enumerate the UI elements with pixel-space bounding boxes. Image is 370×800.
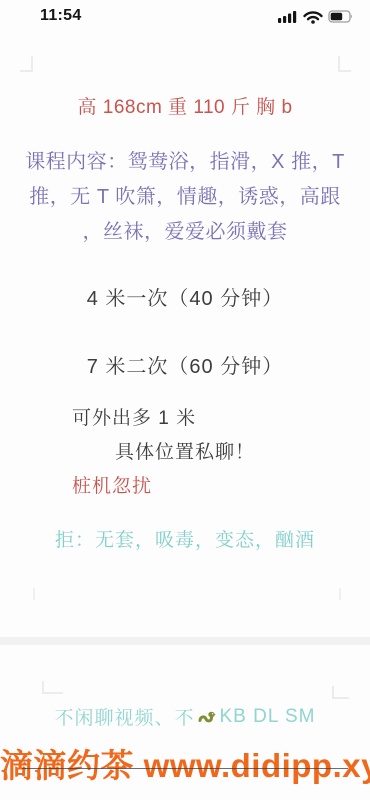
frame-corner-bottom-right bbox=[332, 686, 349, 699]
frame-tick-right bbox=[339, 588, 341, 600]
watermark: 滴滴约茶 www.didipp.xyz bbox=[0, 740, 370, 787]
stats-line: 高 168cm 重 110 斤 胸 b bbox=[0, 92, 370, 119]
price-line-1: 4 米一次（40 分钟） bbox=[0, 282, 370, 311]
status-icons bbox=[278, 9, 354, 24]
course-line-1: 课程内容：鸳鸯浴，指滑，X 推，T bbox=[0, 145, 370, 180]
course-line-3: ，丝袜，爱爱必须戴套 bbox=[0, 215, 370, 250]
frame-corner-bottom-left bbox=[42, 681, 63, 694]
footer-line-prefix: 不闲聊视频、不 bbox=[54, 703, 194, 730]
frame-tick-left bbox=[33, 588, 35, 600]
frame-corner-top-left bbox=[20, 56, 33, 72]
watermark-strike-line bbox=[22, 768, 348, 769]
price-line-2: 7 米二次（60 分钟） bbox=[0, 350, 370, 379]
wifi-icon bbox=[305, 12, 322, 23]
outcall-line: 可外出多 1 米 bbox=[72, 403, 196, 430]
snake-icon bbox=[197, 707, 216, 730]
battery-icon bbox=[329, 11, 352, 22]
refuse-line: 拒：无套，吸毒，变态，酗酒 bbox=[0, 525, 370, 552]
status-bar: 11:54 bbox=[0, 0, 370, 32]
warning-line: 桩机忽扰 bbox=[72, 471, 152, 498]
watermark-brand: 滴滴约茶 bbox=[0, 747, 134, 784]
location-line: 具体位置私聊！ bbox=[0, 437, 370, 464]
footer-line: 不闲聊视频、不 KB DL SM bbox=[0, 703, 370, 730]
footer-line-suffix: KB DL SM bbox=[220, 706, 316, 728]
status-time: 11:54 bbox=[40, 7, 82, 25]
section-divider bbox=[0, 637, 370, 645]
watermark-url: www.didipp.xyz bbox=[144, 747, 370, 784]
phone-screen: 11:54 bbox=[0, 0, 370, 800]
cellular-signal-icon bbox=[278, 11, 296, 23]
course-content-block: 课程内容：鸳鸯浴，指滑，X 推，T 推，无 T 吹箫，情趣，诱惑，高跟 ，丝袜，… bbox=[0, 145, 370, 250]
frame-corner-top-right bbox=[338, 56, 351, 72]
course-line-2: 推，无 T 吹箫，情趣，诱惑，高跟 bbox=[0, 180, 370, 215]
